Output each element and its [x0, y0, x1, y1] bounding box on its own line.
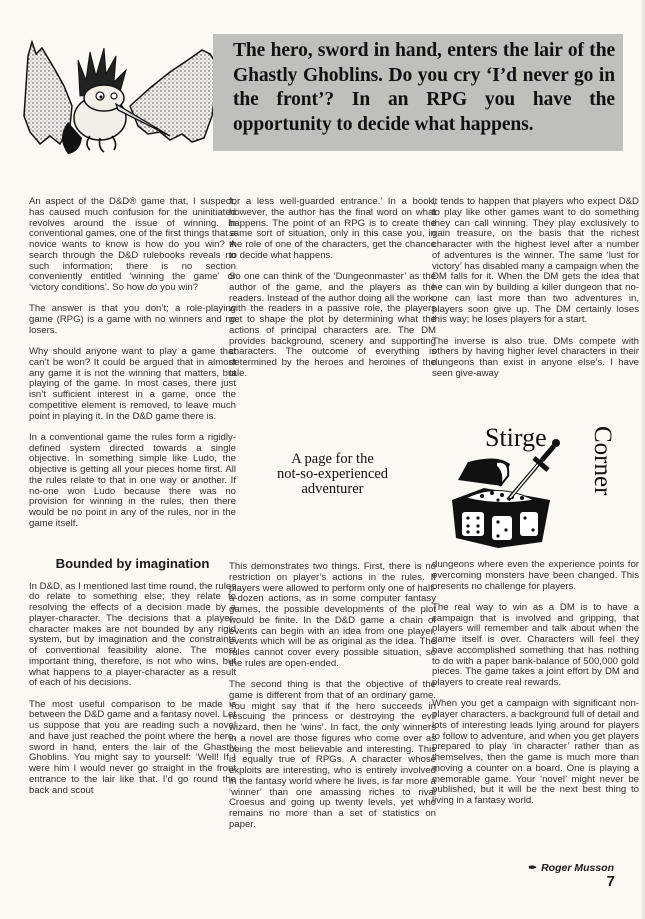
- paragraph: It tends to happen that players who expe…: [432, 197, 639, 326]
- stirge-creature-illustration: [20, 26, 220, 156]
- column-3-bottom: dungeons where even the experience point…: [432, 560, 639, 817]
- author-byline: ✒Roger Musson: [432, 862, 614, 874]
- intro-banner: The hero, sword in hand, enters the lair…: [213, 34, 623, 151]
- paragraph: The second thing is that the objective o…: [229, 680, 436, 831]
- column-2-top: for a less well-guarded entrance.’ In a …: [229, 197, 436, 390]
- paragraph: When you get a campaign with significant…: [432, 699, 639, 807]
- paragraph: An aspect of the D&D® game that, I suspe…: [29, 197, 236, 294]
- column-2-bottom: This demonstrates two things. First, the…: [229, 562, 436, 841]
- paragraph: The inverse is also true. DMs compete wi…: [432, 337, 639, 380]
- column-3-top: It tends to happen that players who expe…: [432, 197, 639, 390]
- column-1: An aspect of the D&D® game that, I suspe…: [29, 197, 236, 807]
- subtitle-line: not-so-experienced: [229, 467, 436, 482]
- quill-icon: ✒: [528, 862, 537, 874]
- paragraph: The real way to win as a DM is to have a…: [432, 603, 639, 689]
- stirge-corner-logo: Stirge Corner: [438, 420, 598, 550]
- paragraph: In D&D, as I mentioned last time round, …: [29, 582, 236, 690]
- page-edge-shadow: [641, 0, 645, 919]
- logo-word-corner: Corner: [588, 426, 616, 495]
- paragraph: This demonstrates two things. First, the…: [229, 562, 436, 670]
- paragraph-text: An aspect of the D&D® game that, I suspe…: [29, 196, 236, 293]
- paragraph: dungeons where even the experience point…: [432, 560, 639, 592]
- paragraph: The answer is that you don’t; a role-pla…: [29, 304, 236, 336]
- subtitle-line: A page for the: [229, 452, 436, 467]
- page-number: 7: [595, 873, 615, 890]
- section-heading: Bounded by imagination: [29, 556, 236, 572]
- subtitle-line: adventurer: [229, 482, 436, 497]
- paragraph: for a less well-guarded entrance.’ In a …: [229, 197, 436, 262]
- series-subtitle: A page for the not-so-experienced advent…: [229, 452, 436, 497]
- paragraph: So one can think of the ‘Dungeonmaster’ …: [229, 272, 436, 380]
- intro-banner-text: The hero, sword in hand, enters the lair…: [233, 39, 615, 137]
- emphasis-text: do: [147, 282, 158, 293]
- treasure-chest-icon: [438, 420, 588, 550]
- paragraph: The most useful comparison to be made is…: [29, 700, 236, 797]
- paragraph: Why should anyone want to play a game th…: [29, 347, 236, 422]
- paragraph: In a conventional game the rules form a …: [29, 433, 236, 530]
- paragraph-text: you win?: [158, 282, 199, 293]
